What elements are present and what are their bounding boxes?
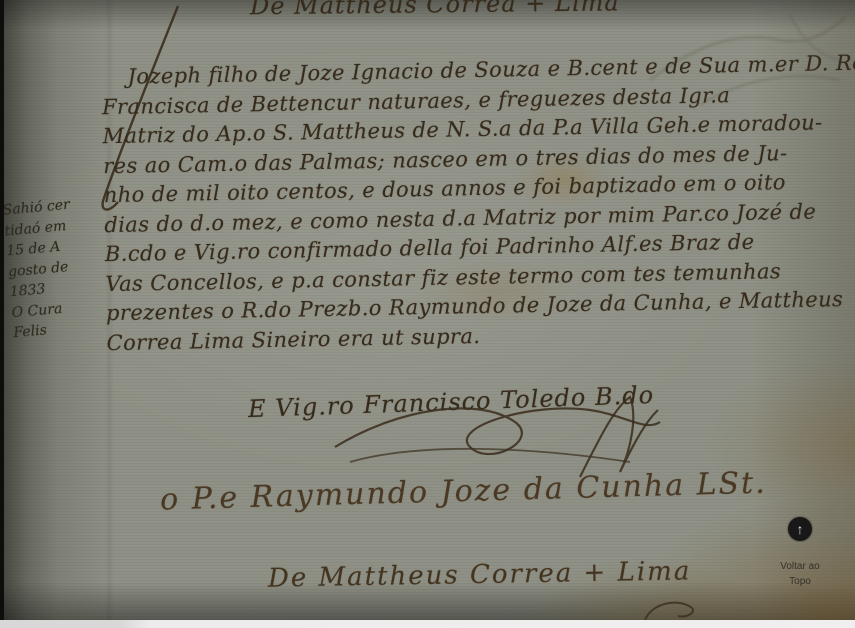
record-header-signature: De Mattheus Correa + Lima [250, 0, 670, 20]
back-to-top-label-line1: Voltar ao [774, 559, 826, 574]
signature-priest: o P.e Raymundo Joze da Cunha LSt. [160, 466, 767, 518]
record-body-text: Jozeph filho de Joze Ignacio de Souza e … [101, 49, 855, 358]
book-spine-shadow [0, 0, 4, 620]
record-footer-signature: De Mattheus Correa + Lima [268, 556, 692, 593]
page-background-strip [0, 620, 855, 628]
back-to-top-button[interactable]: ↑ [788, 517, 812, 541]
arrow-up-icon: ↑ [797, 522, 804, 536]
manuscript-scan: De Mattheus Correa + Lima Sahió cer tida… [0, 0, 855, 620]
rubric-flourish [330, 392, 670, 482]
back-to-top-label-line2: Topo [774, 574, 826, 589]
back-to-top-widget[interactable]: ↑ Voltar ao Topo [774, 517, 826, 589]
cutoff-stroke [640, 598, 710, 620]
margin-annotation: Sahió cer tidaó em 15 de A gosto de 1833… [2, 192, 114, 344]
page: De Mattheus Correa + Lima Sahió cer tida… [0, 0, 855, 628]
